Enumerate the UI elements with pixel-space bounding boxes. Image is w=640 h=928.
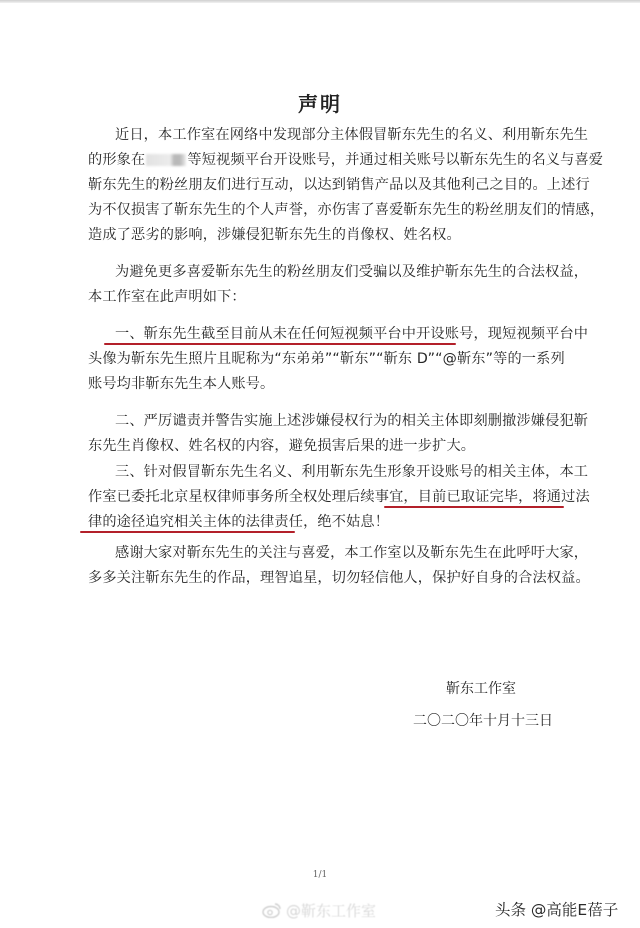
document-title: 声明: [0, 88, 640, 117]
underline-point-one: [104, 343, 456, 345]
para4-line1: 二、严厉谴责并警告实施上述涉嫌侵权行为的相关主体即刻删撤涉嫌侵犯靳: [115, 413, 588, 429]
underline-point-three-b: [80, 531, 295, 533]
toutiao-watermark: 头条 @高能E蓓子: [495, 898, 618, 920]
underline-point-three-a: [384, 506, 564, 508]
para1-line4: 为不仅损害了靳东先生的个人声誉，亦伤害了喜爱靳东先生的粉丝朋友们的情感，: [88, 202, 604, 218]
signature-org: 靳东工作室: [446, 678, 516, 698]
weibo-handle: @靳东工作室: [286, 902, 376, 920]
para1-line2: 的形象在等短视频平台开设账号，并通过相关账号以靳东先生的名义与喜爱: [88, 152, 603, 168]
para5-line2: 作室已委托北京星权律师事务所全权处理后续事宜，目前已取证完毕，将通过法: [88, 489, 590, 505]
weibo-watermark: @靳东工作室: [262, 900, 376, 922]
para2-line1: 为避免更多喜爱靳东先生的粉丝朋友们受骗以及维护靳东先生的合法权益，: [115, 264, 588, 280]
weibo-logo-icon: [262, 902, 282, 922]
para1-line3: 靳东先生的粉丝朋友们进行互动，以达到销售产品以及其他利己之目的。上述行: [88, 177, 590, 193]
page-number: 1/1: [0, 870, 640, 880]
para2-line2: 本工作室在此声明如下：: [88, 289, 246, 305]
para6-line1: 感谢大家对靳东先生的关注与喜爱，本工作室以及靳东先生在此呼吁大家，: [115, 545, 588, 561]
para4-line2: 东先生肖像权、姓名权的内容，避免损害后果的进一步扩大。: [88, 438, 475, 454]
top-edge-shadow: [0, 0, 640, 3]
para1-line2-start: 的形象在: [88, 152, 145, 168]
para3-line2: 头像为靳东先生照片且昵称为“东弟弟”“靳东”“靳东 D”“@靳东”等的一系列: [88, 351, 565, 367]
para3-line1: 一、靳东先生截至目前从未在任何短视频平台中开设账号，现短视频平台中: [115, 326, 588, 342]
para5-line3: 律的途径追究相关主体的法律责任，绝不姑息！: [88, 514, 389, 530]
redacted-platform-blur: [146, 154, 186, 166]
signature-date: 二〇二〇年十月十三日: [413, 710, 553, 730]
para6-line2: 多多关注靳东先生的作品，理智追星，切勿轻信他人，保护好自身的合法权益。: [88, 570, 590, 586]
para1-line1: 近日，本工作室在网络中发现部分主体假冒靳东先生的名义、利用靳东先生: [115, 127, 588, 143]
para5-line1: 三、针对假冒靳东先生名义、利用靳东先生形象开设账号的相关主体，本工: [115, 464, 588, 480]
para1-line2-end: 等短视频平台开设账号，并通过相关账号以靳东先生的名义与喜爱: [187, 152, 603, 168]
para3-line3: 账号均非靳东先生本人账号。: [88, 376, 274, 392]
para1-line5: 造成了恶劣的影响，涉嫌侵犯靳东先生的肖像权、姓名权。: [88, 227, 461, 243]
